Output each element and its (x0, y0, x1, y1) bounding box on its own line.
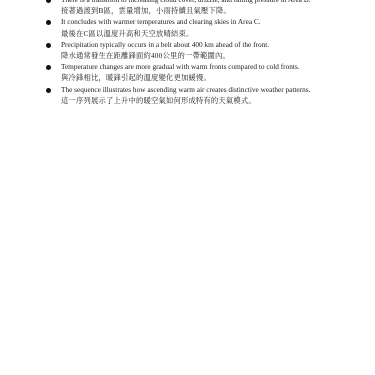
bullet-icon (46, 43, 51, 48)
english-text: Precipitation typically occurs in a belt… (61, 39, 375, 50)
chinese-text: 最後在C區以溫度升高和天空放晴結束。 (61, 28, 375, 39)
english-text: Temperature changes are more gradual wit… (61, 61, 375, 72)
bullet-icon (46, 65, 51, 70)
bullet-list: There is a transition to increasing clou… (0, 0, 375, 106)
list-item: Precipitation typically occurs in a belt… (0, 39, 375, 61)
english-text: It concludes with warmer temperatures an… (61, 16, 375, 27)
bullet-icon (46, 0, 51, 3)
english-text: The sequence illustrates how ascending w… (61, 84, 375, 95)
list-item: It concludes with warmer temperatures an… (0, 16, 375, 38)
chinese-text: 降水通常發生在距離鋒面約400公里的一帶範圍內。 (61, 50, 375, 61)
chinese-text: 接著過渡到B區，雲量增加，小雨持續且氣壓下降。 (61, 5, 375, 16)
list-item: Temperature changes are more gradual wit… (0, 61, 375, 83)
list-item: There is a transition to increasing clou… (0, 0, 375, 16)
list-item: The sequence illustrates how ascending w… (0, 84, 375, 106)
bullet-icon (46, 20, 51, 25)
chinese-text: 這一序列展示了上升中的暖空氣如何形成特有的天氣模式。 (61, 95, 375, 106)
bullet-icon (46, 88, 51, 93)
document-page: There is a transition to increasing clou… (0, 0, 375, 106)
chinese-text: 與冷鋒相比，暖鋒引起的溫度變化更加緩慢。 (61, 72, 375, 83)
